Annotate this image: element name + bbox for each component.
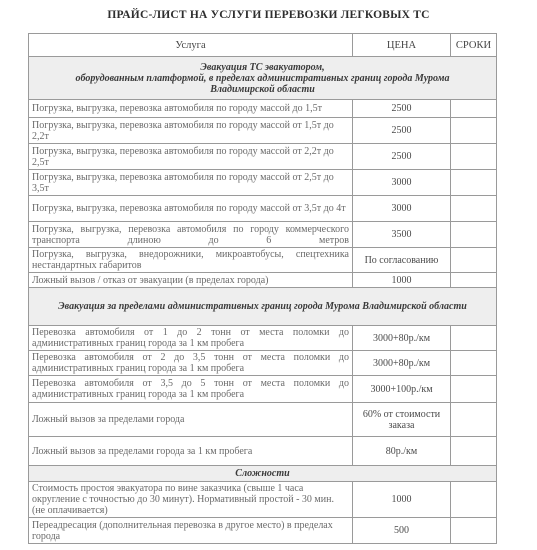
table-header-row: Услуга ЦЕНА СРОКИ [29,34,497,57]
terms-cell [451,403,497,437]
section-header-row: Сложности [29,466,497,482]
price-cell: 3000+80р./км [353,351,451,376]
terms-cell [451,222,497,248]
table-row: Переадресация (дополнительная перевозка … [29,518,497,544]
price-cell: 3000+100р./км [353,376,451,403]
price-cell: 3000 [353,196,451,222]
price-cell: 3000 [353,170,451,196]
table-row: Перевозка автомобиля от 3,5 до 5 тонн от… [29,376,497,403]
service-cell: Погрузка, выгрузка, внедорожники, микроа… [29,248,353,273]
service-cell: Погрузка, выгрузка, перевозка автомобиля… [29,222,353,248]
terms-cell [451,518,497,544]
table-row: Погрузка, выгрузка, перевозка автомобиля… [29,170,497,196]
service-cell: Стоимость простоя эвакуатора по вине зак… [29,482,353,518]
table-row: Погрузка, выгрузка, перевозка автомобиля… [29,118,497,144]
table-row: Ложный вызов за пределами города 60% от … [29,403,497,437]
table-row: Погрузка, выгрузка, перевозка автомобиля… [29,222,497,248]
terms-cell [451,144,497,170]
price-cell: По согласованию [353,248,451,273]
service-cell: Ложный вызов / отказ от эвакуации (в пре… [29,273,353,288]
price-cell: 3500 [353,222,451,248]
table-row: Ложный вызов / отказ от эвакуации (в пре… [29,273,497,288]
table-row: Погрузка, выгрузка, перевозка автомобиля… [29,144,497,170]
service-cell: Погрузка, выгрузка, перевозка автомобиля… [29,144,353,170]
price-cell: 2500 [353,118,451,144]
table-row: Погрузка, выгрузка, перевозка автомобиля… [29,196,497,222]
terms-cell [451,100,497,118]
column-header-price: ЦЕНА [353,34,451,57]
price-cell: 80р./км [353,437,451,466]
table-row: Стоимость простоя эвакуатора по вине зак… [29,482,497,518]
column-header-service: Услуга [29,34,353,57]
section-header-row: Эвакуация за пределами административных … [29,288,497,326]
service-cell: Ложный вызов за пределами города за 1 км… [29,437,353,466]
service-cell: Переадресация (дополнительная перевозка … [29,518,353,544]
terms-cell [451,273,497,288]
price-cell: 500 [353,518,451,544]
service-cell: Погрузка, выгрузка, перевозка автомобиля… [29,100,353,118]
price-cell: 3000+80р./км [353,326,451,351]
terms-cell [451,248,497,273]
table-row: Перевозка автомобиля от 1 до 2 тонн от м… [29,326,497,351]
service-cell: Погрузка, выгрузка, перевозка автомобиля… [29,118,353,144]
terms-cell [451,118,497,144]
section-header-row: Эвакуация ТС эвакуатором, оборудованным … [29,57,497,100]
service-cell: Перевозка автомобиля от 3,5 до 5 тонн от… [29,376,353,403]
section-title-city: Эвакуация ТС эвакуатором, оборудованным … [29,57,497,100]
price-cell: 60% от стоимости заказа [353,403,451,437]
table-row: Погрузка, выгрузка, перевозка автомобиля… [29,100,497,118]
price-cell: 1000 [353,482,451,518]
price-table: Услуга ЦЕНА СРОКИ Эвакуация ТС эвакуатор… [28,33,497,544]
service-cell: Ложный вызов за пределами города [29,403,353,437]
terms-cell [451,196,497,222]
service-cell: Перевозка автомобиля от 1 до 2 тонн от м… [29,326,353,351]
column-header-terms: СРОКИ [451,34,497,57]
price-cell: 1000 [353,273,451,288]
page-title: ПРАЙС-ЛИСТ НА УСЛУГИ ПЕРЕВОЗКИ ЛЕГКОВЫХ … [0,9,537,21]
section-title-outside-city: Эвакуация за пределами административных … [29,288,497,326]
terms-cell [451,437,497,466]
service-cell: Погрузка, выгрузка, перевозка автомобиля… [29,196,353,222]
terms-cell [451,376,497,403]
service-cell: Погрузка, выгрузка, перевозка автомобиля… [29,170,353,196]
terms-cell [451,351,497,376]
table-row: Ложный вызов за пределами города за 1 км… [29,437,497,466]
price-cell: 2500 [353,144,451,170]
service-cell: Перевозка автомобиля от 2 до 3,5 тонн от… [29,351,353,376]
terms-cell [451,326,497,351]
terms-cell [451,170,497,196]
price-cell: 2500 [353,100,451,118]
table-row: Перевозка автомобиля от 2 до 3,5 тонн от… [29,351,497,376]
table-row: Погрузка, выгрузка, внедорожники, микроа… [29,248,497,273]
terms-cell [451,482,497,518]
section-title-complications: Сложности [29,466,497,482]
